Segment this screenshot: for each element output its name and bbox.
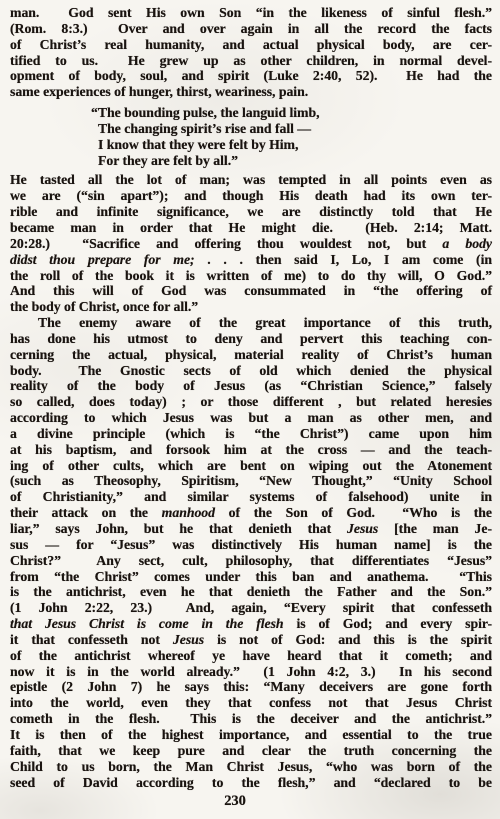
text-line: Child to us born, the Man Christ Jesus, … (10, 759, 492, 775)
text-line: is the antichrist, even he that denieth … (10, 584, 492, 600)
text-line: (such as Theosophy, Spiritism, “New Thou… (10, 473, 492, 489)
text-line: the roll of the book it is written of me… (10, 268, 492, 284)
text-line: I know that they were felt by Him, (98, 137, 492, 153)
text-line: into the world, even they that confess n… (10, 695, 492, 711)
text-line: body. The Gnostic sects of old which den… (10, 363, 492, 379)
text-line: cerning the actual, physical, material r… (10, 347, 492, 363)
text-line: has done his utmost to deny and pervert … (10, 331, 492, 347)
text-line: ing of other cults, which are bent on wi… (10, 458, 492, 474)
text-line: now it is in the world already.” (1 John… (10, 664, 492, 680)
text-line: at his baptism, and forsook him at the c… (10, 442, 492, 458)
text-line: cometh in the flesh. This is the deceive… (10, 711, 492, 727)
text-line: Christ?” Any sect, cult, philosophy, tha… (10, 553, 492, 569)
text-line: And this will of God was consummated in … (10, 283, 492, 299)
text-line: of Christ’s real humanity, and actual ph… (10, 37, 492, 53)
paragraph: The enemy aware of the great importance … (10, 315, 492, 790)
text-line: the body of Christ, once for all.” (10, 299, 492, 315)
text-line: It is then of the highest importance, an… (10, 727, 492, 743)
text-line: according to which Jesus was but a man a… (10, 410, 492, 426)
page-text: man. God sent His own Son “in the likene… (10, 5, 492, 790)
text-line: (1 John 2:22, 23.) And, again, “Every sp… (10, 600, 492, 616)
text-line: faith, that we keep pure and clear the t… (10, 743, 492, 759)
text-line: liar,” says John, but he that denieth th… (10, 521, 492, 537)
text-line: He tasted all the lot of man; was tempte… (10, 172, 492, 188)
text-line: didst thou prepare for me; . . . then sa… (10, 252, 492, 268)
text-line: tified to us. He grew up as other childr… (10, 53, 492, 69)
text-line: became man in order that He might die. (… (10, 220, 492, 236)
text-line: 20:28.) “Sacrifice and offering thou wou… (10, 236, 492, 252)
text-line: “The bounding pulse, the languid limb, (98, 105, 492, 121)
text-line: so called, does today) ; or those differ… (10, 394, 492, 410)
text-line: The changing spirit’s rise and fall — (98, 121, 492, 137)
text-line: man. God sent His own Son “in the likene… (10, 5, 492, 21)
text-line: rible and infinite significance, we are … (10, 204, 492, 220)
text-line: seed of David according to the flesh,” a… (10, 775, 492, 791)
text-line: epistle (2 John 7) he says this: “Many d… (10, 679, 492, 695)
text-line: their attack on the manhood of the Son o… (10, 505, 492, 521)
text-line: The enemy aware of the great importance … (10, 315, 492, 331)
page-number: 230 (0, 794, 476, 810)
text-line: we are (“sin apart”); and though His dea… (10, 188, 492, 204)
text-line: that Jesus Christ is come in the flesh i… (10, 616, 492, 632)
text-line: a divine principle (which is “the Christ… (10, 426, 492, 442)
text-line: (Rom. 8:3.) Over and over again in all t… (10, 21, 492, 37)
text-line: of the antichrist whereof ye have heard … (10, 648, 492, 664)
verse-quote: “The bounding pulse, the languid limb,Th… (98, 105, 492, 168)
text-line: it that confesseth not Jesus is not of G… (10, 632, 492, 648)
paragraph: He tasted all the lot of man; was tempte… (10, 172, 492, 315)
text-line: For they are felt by all.” (98, 153, 492, 169)
scanned-book-page: man. God sent His own Son “in the likene… (0, 0, 500, 819)
text-line: same experiences of hunger, thirst, wear… (10, 84, 492, 100)
text-line: from “the Christ” comes under this ban a… (10, 569, 492, 585)
text-line: of Christianity,” and similar systems of… (10, 489, 492, 505)
text-line: opment of body, soul, and spirit (Luke 2… (10, 68, 492, 84)
text-line: sus — for “Jesus” was distinctively His … (10, 537, 492, 553)
text-line: reality of the body of Jesus (as “Christ… (10, 378, 492, 394)
paragraph: man. God sent His own Son “in the likene… (10, 5, 492, 100)
